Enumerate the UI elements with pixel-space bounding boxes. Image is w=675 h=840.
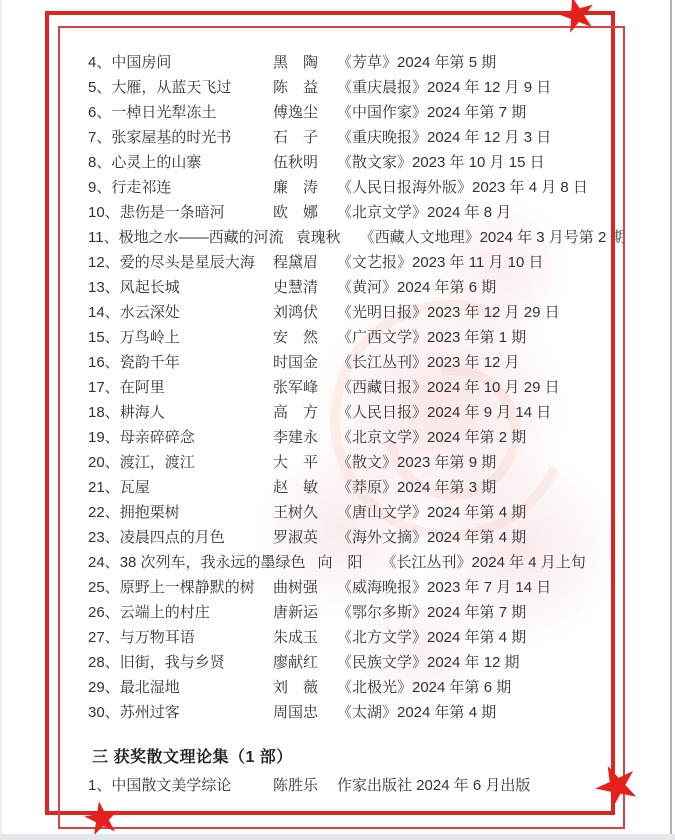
item-number: 16、 — [88, 354, 120, 371]
item-title: 原野上一棵静默的树 — [120, 579, 255, 596]
item-publication: 《北京文学》2024 年第 2 期 — [337, 425, 526, 450]
item-author: 刘 薇 — [273, 675, 325, 700]
item-number: 12、 — [88, 254, 120, 271]
item-number: 6、 — [88, 104, 111, 121]
item-author: 高 方 — [273, 400, 325, 425]
item-number: 23、 — [88, 529, 120, 546]
item-number-title: 20、渡江，渡江 — [88, 450, 261, 475]
item-number: 21、 — [88, 479, 120, 496]
item-number-title: 1、中国散文美学综论 — [88, 773, 261, 798]
list-item: 28、旧街，我与乡贤 廖献红 《民族文学》2024 年 12 期 — [88, 650, 655, 675]
item-title: 38 次列车，我永远的墨绿色 — [120, 554, 306, 571]
item-number-title: 4、中国房间 — [88, 50, 261, 75]
list-item: 23、凌晨四点的月色 罗淑英 《海外文摘》2024 年第 4 期 — [88, 525, 655, 550]
item-author: 罗淑英 — [273, 525, 325, 550]
item-publication: 《西藏日报》2024 年 10 月 29 日 — [337, 375, 560, 400]
item-number-title: 28、旧街，我与乡贤 — [88, 650, 261, 675]
list-item: 10、悲伤是一条暗河 欧 娜 《北京文学》2024 年 8 月 — [88, 200, 655, 225]
item-author: 傅逸尘 — [273, 100, 325, 125]
list-item: 4、中国房间 黑 陶 《芳草》2024 年第 5 期 — [88, 50, 655, 75]
list-item: 30、苏州过客 周国忠 《太湖》2024 年第 4 期 — [88, 700, 655, 725]
list-item: 1、中国散文美学综论 陈胜乐 作家出版社 2024 年 6 月出版 — [88, 773, 655, 798]
item-publication: 《光明日报》2023 年 12 月 29 日 — [337, 300, 560, 325]
item-number: 27、 — [88, 629, 120, 646]
item-publication: 《长江丛刊》2024 年 4 月上旬 — [382, 550, 586, 575]
item-publication: 《唐山文学》2024 年第 4 期 — [337, 500, 526, 525]
item-author: 欧 娜 — [273, 200, 325, 225]
item-publication: 《北方文学》2024 年第 4 期 — [337, 625, 526, 650]
item-title: 水云深处 — [120, 304, 180, 321]
item-title: 拥抱栗树 — [120, 504, 180, 521]
list-item: 21、瓦屋 赵 敏 《莽原》2024 年第 3 期 — [88, 475, 655, 500]
item-number: 1、 — [88, 777, 111, 794]
item-number-title: 6、一棹日光犁冻土 — [88, 100, 261, 125]
list-item: 8、心灵上的山寨 伍秋明 《散文家》2023 年 10 月 15 日 — [88, 150, 655, 175]
item-number: 15、 — [88, 329, 120, 346]
item-number: 20、 — [88, 454, 120, 471]
item-title: 耕海人 — [120, 404, 165, 421]
item-author: 陈胜乐 — [273, 773, 325, 798]
list-item: 26、云端上的村庄 唐新运 《鄂尔多斯》2024 年第 7 期 — [88, 600, 655, 625]
item-number-title: 19、母亲碎碎念 — [88, 425, 261, 450]
item-title: 中国散文美学综论 — [111, 777, 231, 794]
item-number: 4、 — [88, 54, 111, 71]
list-item: 11、极地之水——西藏的河流 袁瑰秋 《西藏人文地理》2024 年 3 月号第 … — [88, 225, 655, 250]
item-title: 苏州过客 — [120, 704, 180, 721]
item-number: 17、 — [88, 379, 120, 396]
item-number: 14、 — [88, 304, 120, 321]
item-number: 13、 — [88, 279, 120, 296]
item-author: 袁瑰秋 — [296, 225, 348, 250]
item-author: 朱成玉 — [273, 625, 325, 650]
list-item: 27、与万物耳语 朱成玉 《北方文学》2024 年第 4 期 — [88, 625, 655, 650]
item-publication: 《重庆晨报》2024 年 12 月 9 日 — [337, 75, 551, 100]
item-title: 心灵上的山寨 — [111, 154, 201, 171]
item-title: 旧街，我与乡贤 — [120, 654, 225, 671]
list-item: 24、38 次列车，我永远的墨绿色 向 阳 《长江丛刊》2024 年 4 月上旬 — [88, 550, 655, 575]
page-edge-left — [0, 0, 2, 840]
list-item: 18、耕海人 高 方 《人民日报》2024 年 9 月 14 日 — [88, 400, 655, 425]
item-publication: 《莽原》2024 年第 3 期 — [337, 475, 496, 500]
item-number-title: 7、张家屋基的时光书 — [88, 125, 261, 150]
item-number: 11、 — [88, 229, 119, 246]
item-title: 在阿里 — [120, 379, 165, 396]
item-publication: 《散文家》2023 年 10 月 15 日 — [337, 150, 545, 175]
list-item: 20、渡江，渡江 大 平 《散文》2023 年第 9 期 — [88, 450, 655, 475]
item-publication: 《民族文学》2024 年 12 期 — [337, 650, 520, 675]
essay-list: 4、中国房间 黑 陶 《芳草》2024 年第 5 期 5、大雁，从蓝天飞过 陈 … — [88, 50, 655, 725]
item-title: 悲伤是一条暗河 — [120, 204, 225, 221]
list-item: 7、张家屋基的时光书 石 子 《重庆晚报》2024 年 12 月 3 日 — [88, 125, 655, 150]
item-author: 廉 涛 — [273, 175, 325, 200]
item-author: 周国忠 — [273, 700, 325, 725]
item-author: 史慧清 — [273, 275, 325, 300]
list-item: 6、一棹日光犁冻土 傅逸尘 《中国作家》2024 年第 7 期 — [88, 100, 655, 125]
item-author: 伍秋明 — [273, 150, 325, 175]
item-author: 陈 益 — [273, 75, 325, 100]
item-number: 8、 — [88, 154, 111, 171]
list-item: 25、原野上一棵静默的树 曲树强 《威海晚报》2023 年 7 月 14 日 — [88, 575, 655, 600]
list-item: 15、万鸟岭上 安 然 《广西文学》2023 年第 1 期 — [88, 325, 655, 350]
item-number-title: 21、瓦屋 — [88, 475, 261, 500]
item-number: 5、 — [88, 79, 111, 96]
item-number-title: 9、行走祁连 — [88, 175, 261, 200]
item-author: 张军峰 — [273, 375, 325, 400]
list-item: 13、风起长城 史慧清 《黄河》2024 年第 6 期 — [88, 275, 655, 300]
item-number: 30、 — [88, 704, 120, 721]
list-item: 5、大雁，从蓝天飞过 陈 益 《重庆晨报》2024 年 12 月 9 日 — [88, 75, 655, 100]
item-title: 张家屋基的时光书 — [111, 129, 231, 146]
item-title: 最北湿地 — [120, 679, 180, 696]
item-number-title: 12、爱的尽头是星辰大海 — [88, 250, 261, 275]
item-publication: 《广西文学》2023 年第 1 期 — [337, 325, 526, 350]
list-item: 29、最北湿地 刘 薇 《北极光》2024 年第 6 期 — [88, 675, 655, 700]
page-edge-bottom — [0, 834, 675, 840]
item-number-title: 25、原野上一棵静默的树 — [88, 575, 261, 600]
item-title: 风起长城 — [120, 279, 180, 296]
item-number: 29、 — [88, 679, 120, 696]
page: 4、中国房间 黑 陶 《芳草》2024 年第 5 期 5、大雁，从蓝天飞过 陈 … — [0, 0, 675, 840]
item-number-title: 5、大雁，从蓝天飞过 — [88, 75, 261, 100]
item-number-title: 17、在阿里 — [88, 375, 261, 400]
document-content: 4、中国房间 黑 陶 《芳草》2024 年第 5 期 5、大雁，从蓝天飞过 陈 … — [88, 50, 655, 798]
item-publication: 《北京文学》2024 年 8 月 — [337, 200, 511, 225]
item-number: 10、 — [88, 204, 120, 221]
item-publication: 《威海晚报》2023 年 7 月 14 日 — [337, 575, 551, 600]
item-author: 安 然 — [273, 325, 325, 350]
item-number: 24、 — [88, 554, 120, 571]
item-number-title: 26、云端上的村庄 — [88, 600, 261, 625]
item-publication: 《中国作家》2024 年第 7 期 — [337, 100, 526, 125]
item-number-title: 29、最北湿地 — [88, 675, 261, 700]
item-title: 一棹日光犁冻土 — [111, 104, 216, 121]
item-publication: 《人民日报》2024 年 9 月 14 日 — [337, 400, 551, 425]
item-number: 28、 — [88, 654, 120, 671]
item-publication: 《黄河》2024 年第 6 期 — [337, 275, 496, 300]
item-title: 大雁，从蓝天飞过 — [111, 79, 231, 96]
item-author: 曲树强 — [273, 575, 325, 600]
item-publication: 《重庆晚报》2024 年 12 月 3 日 — [337, 125, 551, 150]
list-item: 16、瓷韵千年 时国金 《长江丛刊》2023 年 12 月 — [88, 350, 655, 375]
item-title: 瓦屋 — [120, 479, 150, 496]
item-title: 极地之水——西藏的河流 — [119, 229, 284, 246]
item-number: 19、 — [88, 429, 120, 446]
section-heading: 三 获奖散文理论集（1 部） — [92, 745, 655, 771]
item-number: 26、 — [88, 604, 120, 621]
item-number-title: 22、拥抱栗树 — [88, 500, 261, 525]
item-number-title: 23、凌晨四点的月色 — [88, 525, 261, 550]
item-title: 行走祁连 — [111, 179, 171, 196]
item-title: 中国房间 — [111, 54, 171, 71]
item-number-title: 13、风起长城 — [88, 275, 261, 300]
item-publication: 《芳草》2024 年第 5 期 — [337, 50, 496, 75]
item-number: 7、 — [88, 129, 111, 146]
list-item: 19、母亲碎碎念 李建永 《北京文学》2024 年第 2 期 — [88, 425, 655, 450]
item-number: 25、 — [88, 579, 120, 596]
item-publication: 《太湖》2024 年第 4 期 — [337, 700, 496, 725]
item-author: 李建永 — [273, 425, 325, 450]
item-author: 王树久 — [273, 500, 325, 525]
item-number: 22、 — [88, 504, 120, 521]
list-item: 9、行走祁连 廉 涛 《人民日报海外版》2023 年 4 月 8 日 — [88, 175, 655, 200]
item-publication: 《散文》2023 年第 9 期 — [337, 450, 496, 475]
list-item: 22、拥抱栗树 王树久 《唐山文学》2024 年第 4 期 — [88, 500, 655, 525]
item-title: 瓷韵千年 — [120, 354, 180, 371]
item-title: 凌晨四点的月色 — [120, 529, 225, 546]
item-number-title: 18、耕海人 — [88, 400, 261, 425]
item-number: 9、 — [88, 179, 111, 196]
item-title: 云端上的村庄 — [120, 604, 210, 621]
page-edge-right — [670, 0, 672, 840]
item-title: 万鸟岭上 — [120, 329, 180, 346]
item-number-title: 15、万鸟岭上 — [88, 325, 261, 350]
item-number: 18、 — [88, 404, 120, 421]
item-number-title: 11、极地之水——西藏的河流 — [88, 225, 284, 250]
item-publication: 《北极光》2024 年第 6 期 — [337, 675, 511, 700]
item-title: 爱的尽头是星辰大海 — [120, 254, 255, 271]
item-number-title: 16、瓷韵千年 — [88, 350, 261, 375]
item-author: 黑 陶 — [273, 50, 325, 75]
item-publication: 《西藏人文地理》2024 年 3 月号第 2 期 — [360, 225, 626, 250]
item-publication: 《海外文摘》2024 年第 4 期 — [337, 525, 526, 550]
list-item: 12、爱的尽头是星辰大海 程黛眉 《文艺报》2023 年 11 月 10 日 — [88, 250, 655, 275]
item-author: 时国金 — [273, 350, 325, 375]
item-author: 廖献红 — [273, 650, 325, 675]
item-number-title: 24、38 次列车，我永远的墨绿色 — [88, 550, 306, 575]
item-number-title: 30、苏州过客 — [88, 700, 261, 725]
item-author: 唐新运 — [273, 600, 325, 625]
item-number-title: 10、悲伤是一条暗河 — [88, 200, 261, 225]
item-publication: 《人民日报海外版》2023 年 4 月 8 日 — [337, 175, 588, 200]
list-item: 17、在阿里 张军峰 《西藏日报》2024 年 10 月 29 日 — [88, 375, 655, 400]
item-title: 母亲碎碎念 — [120, 429, 195, 446]
item-number-title: 14、水云深处 — [88, 300, 261, 325]
item-author: 赵 敏 — [273, 475, 325, 500]
item-publication: 《文艺报》2023 年 11 月 10 日 — [337, 250, 543, 275]
theory-list: 1、中国散文美学综论 陈胜乐 作家出版社 2024 年 6 月出版 — [88, 773, 655, 798]
item-author: 大 平 — [273, 450, 325, 475]
item-title: 渡江，渡江 — [120, 454, 195, 471]
item-author: 向 阳 — [318, 550, 370, 575]
star-icon — [554, 0, 601, 38]
item-number-title: 8、心灵上的山寨 — [88, 150, 261, 175]
item-author: 石 子 — [273, 125, 325, 150]
list-item: 14、水云深处 刘鸿伏 《光明日报》2023 年 12 月 29 日 — [88, 300, 655, 325]
item-author: 刘鸿伏 — [273, 300, 325, 325]
item-number-title: 27、与万物耳语 — [88, 625, 261, 650]
item-title: 与万物耳语 — [120, 629, 195, 646]
item-author: 程黛眉 — [273, 250, 325, 275]
item-publication: 作家出版社 2024 年 6 月出版 — [337, 773, 530, 798]
item-publication: 《长江丛刊》2023 年 12 月 — [337, 350, 520, 375]
item-publication: 《鄂尔多斯》2024 年第 7 期 — [337, 600, 526, 625]
